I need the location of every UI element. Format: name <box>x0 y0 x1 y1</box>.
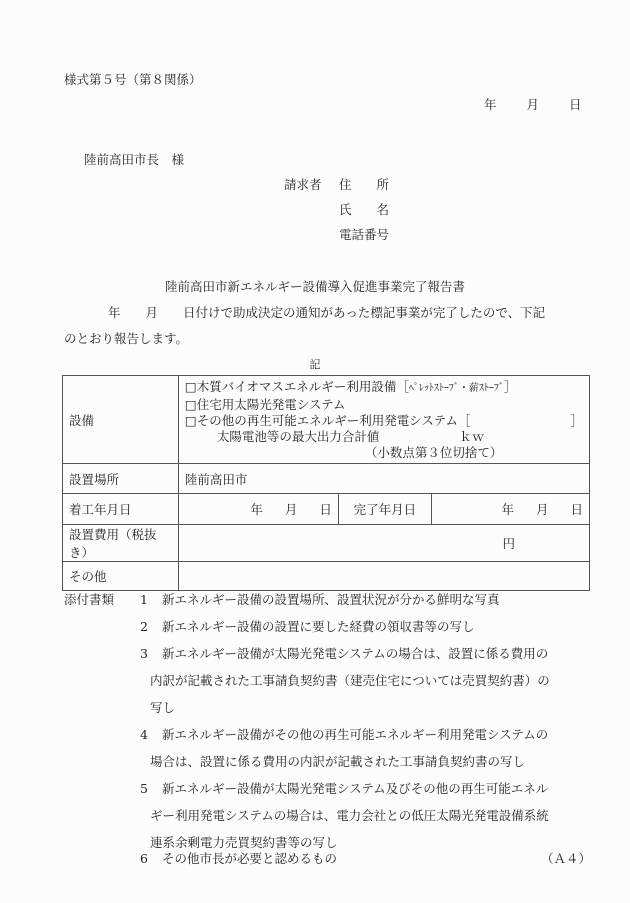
equipment-cell: □木質バイオマスエネルギー利用設備［ﾍﾟﾚｯﾄｽﾄｰﾌﾞ・薪ｽﾄｰﾌﾞ］ □住宅… <box>178 376 589 464</box>
addressee: 陸前高田市長 様 <box>84 150 184 168</box>
equipment-label: 設備 <box>63 376 179 464</box>
report-table: 設備 □木質バイオマスエネルギー利用設備［ﾍﾟﾚｯﾄｽﾄｰﾌﾞ・薪ｽﾄｰﾌﾞ］ … <box>62 375 590 591</box>
cost-value[interactable]: 円 <box>178 525 589 562</box>
other-value[interactable] <box>178 562 589 591</box>
attachment-5-line2: ギー利用発電システムの場合は、電力会社との低圧太陽光発電設備系統 <box>150 806 549 824</box>
checkbox-icon[interactable]: □ <box>185 397 197 412</box>
attachment-3: 3新エネルギー設備が太陽光発電システムの場合は、設置に係る費用の <box>140 644 548 662</box>
attachment-6: 6その他市長が必要と認めるもの <box>140 849 337 867</box>
equipment-option-solar[interactable]: □住宅用太陽光発電システム <box>185 397 583 413</box>
attachments-label: 添付書類 <box>64 590 114 608</box>
date-month: 月 <box>526 95 539 113</box>
start-date-label: 着工年月日 <box>63 494 179 525</box>
requester-address-label: 住 所 <box>339 175 389 193</box>
output-unit: ｋｗ <box>459 429 484 444</box>
requester-label: 請求者 <box>284 175 322 193</box>
equipment-option-other[interactable]: □その他の再生可能エネルギー利用発電システム［］ <box>185 413 583 429</box>
equipment-row: 設備 □木質バイオマスエネルギー利用設備［ﾍﾟﾚｯﾄｽﾄｰﾌﾞ・薪ｽﾄｰﾌﾞ］ … <box>63 376 590 464</box>
output-label: 太陽電池等の最大出力合計値 <box>217 429 380 444</box>
document-title: 陸前高田市新エネルギー設備導入促進事業完了報告書 <box>0 277 630 295</box>
body-text-line1: 年 月 日付けで助成決定の通知があった標記事業が完了したので、下記 <box>108 303 545 321</box>
complete-date-value[interactable]: 年月日 <box>431 494 589 525</box>
attachment-1: 1新エネルギー設備の設置場所、設置状況が分かる鮮明な写真 <box>140 590 499 608</box>
requester-phone-label: 電話番号 <box>339 225 389 243</box>
cost-row: 設置費用（税抜き） 円 <box>63 525 590 562</box>
attachment-3-line2: 内訳が記載された工事請負契約書（建売住宅については売買契約書）の <box>150 671 550 689</box>
attachment-4-line2: 場合は、設置に係る費用の内訳が記載された工事請負契約書の写し <box>150 752 525 770</box>
output-line: 太陽電池等の最大出力合計値ｋｗ <box>185 429 583 445</box>
attachment-5: 5新エネルギー設備が太陽光発電システム及びその他の再生可能エネル <box>140 779 548 797</box>
ki-heading: 記 <box>0 356 630 372</box>
output-note: （小数点第３位切捨て） <box>185 445 583 461</box>
location-row: 設置場所 陸前高田市 <box>63 464 590 494</box>
yen-unit: 円 <box>502 536 515 551</box>
paper-size-note: （Ａ４） <box>541 849 591 867</box>
equipment-option-biomass[interactable]: □木質バイオマスエネルギー利用設備［ﾍﾟﾚｯﾄｽﾄｰﾌﾞ・薪ｽﾄｰﾌﾞ］ <box>185 379 583 397</box>
other-row: その他 <box>63 562 590 591</box>
start-date-value[interactable]: 年月日 <box>178 494 338 525</box>
checkbox-icon[interactable]: □ <box>185 413 197 428</box>
complete-date-label: 完了年月日 <box>338 494 431 525</box>
form-number: 様式第５号（第８関係） <box>64 70 202 88</box>
location-value[interactable]: 陸前高田市 <box>178 464 589 494</box>
attachment-3-line3: 写し <box>150 698 175 716</box>
other-label: その他 <box>63 562 179 591</box>
body-text-line2: のとおり報告します。 <box>64 329 188 347</box>
dates-row: 着工年月日 年月日 完了年月日 年月日 <box>63 494 590 525</box>
cost-label: 設置費用（税抜き） <box>63 525 179 562</box>
requester-name-label: 氏 名 <box>339 200 389 218</box>
attachment-2: 2新エネルギー設備の設置に要した経費の領収書等の写し <box>140 617 474 635</box>
attachment-4: 4新エネルギー設備がその他の再生可能エネルギー利用発電システムの <box>140 725 548 743</box>
date-year: 年 <box>484 95 497 113</box>
location-label: 設置場所 <box>63 464 179 494</box>
date-day: 日 <box>569 95 582 113</box>
checkbox-icon[interactable]: □ <box>185 379 197 394</box>
date-line: 年 月 日 <box>484 95 581 113</box>
